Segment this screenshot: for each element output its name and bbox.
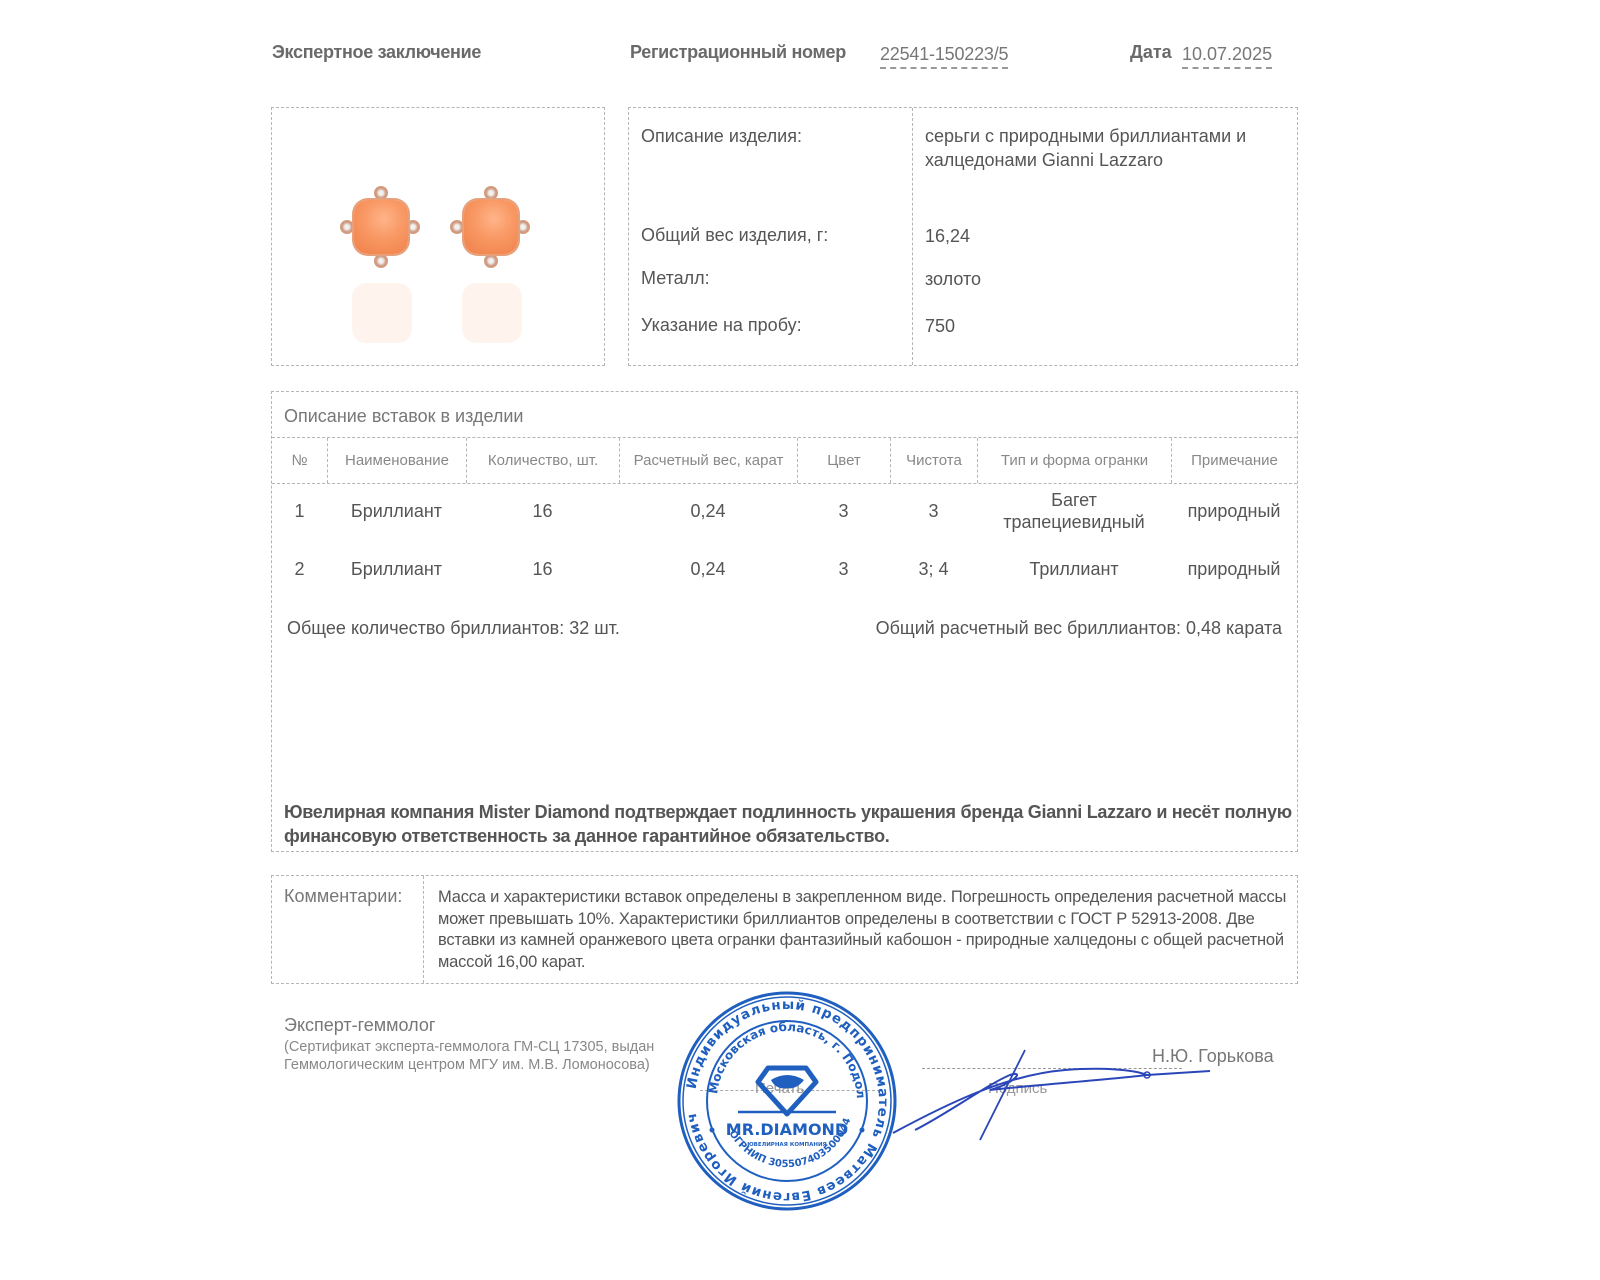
item-description-label: Описание изделия: [641,126,802,147]
hallmark-label: Указание на пробу: [641,315,802,336]
stamp-brand-sub: ЮВЕЛИРНАЯ КОМПАНИЯ [747,1142,827,1148]
item-weight-value: 16,24 [925,224,970,248]
col-clarity: Чистота [890,438,977,483]
item-info-table: Описание изделия: серьги с природными бр… [628,107,1298,366]
col-name: Наименование [327,438,466,483]
col-number: № [272,438,327,483]
document-title: Экспертное заключение [272,42,481,63]
comments-text: Масса и характеристики вставок определен… [438,887,1294,973]
expert-certificate: (Сертификат эксперта-геммолога ГМ-СЦ 173… [284,1038,664,1074]
metal-label: Металл: [641,268,710,289]
item-description-value: серьги с природными бриллиантами и халце… [925,124,1290,172]
item-weight-label: Общий вес изделия, г: [641,225,828,246]
col-quantity: Количество, шт. [466,438,619,483]
date-value: 10.07.2025 [1182,44,1272,69]
inserts-section: Описание вставок в изделии № Наименовани… [271,391,1298,852]
guarantee-statement: Ювелирная компания Mister Diamond подтве… [284,800,1294,848]
total-count: Общее количество бриллиантов: 32 шт. [287,618,620,639]
company-stamp-icon: Индивидуальный предприниматель Матвеев Е… [676,990,898,1212]
inserts-title: Описание вставок в изделии [284,406,523,427]
col-note: Примечание [1171,438,1297,483]
registration-label: Регистрационный номер [630,42,846,63]
signature-icon [885,1045,1225,1145]
comments-label: Комментарии: [284,886,402,907]
date-label: Дата [1130,42,1172,63]
col-cut: Тип и форма огранки [977,438,1171,483]
col-weight: Расчетный вес, карат [619,438,797,483]
earring-right-image [452,188,530,266]
product-photo [271,107,605,366]
stamp-brand: MR.DIAMOND [726,1120,848,1139]
registration-number: 22541-150223/5 [880,44,1008,69]
total-weight: Общий расчетный вес бриллиантов: 0,48 ка… [876,618,1282,639]
inserts-table-header: № Наименование Количество, шт. Расчетный… [272,437,1297,484]
col-color: Цвет [797,438,890,483]
comments-section: Комментарии: Масса и характеристики вста… [271,875,1298,984]
metal-value: золото [925,267,981,291]
hallmark-value: 750 [925,314,955,338]
expert-title: Эксперт-геммолог [284,1015,435,1036]
earring-left-image [342,188,420,266]
